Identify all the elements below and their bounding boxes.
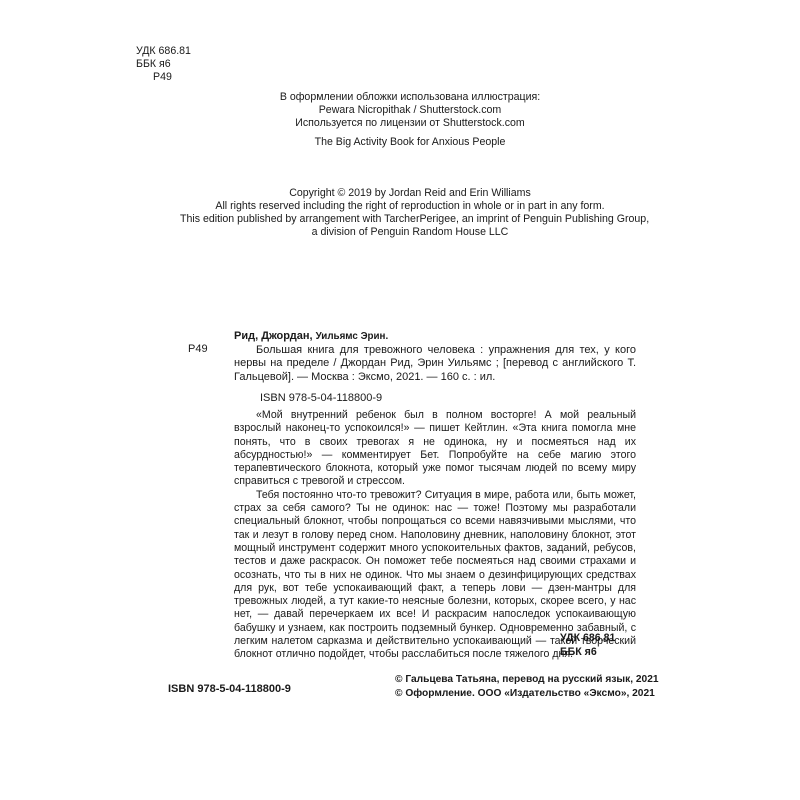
bbk-code: ББК я6 (560, 646, 636, 660)
author-mark: Р49 (136, 71, 191, 84)
copyright-line: © Оформление. ООО «Издательство «Эксмо»,… (395, 687, 635, 701)
cover-credits: В оформлении обложки использована иллюст… (180, 91, 640, 130)
author-primary: Рид, Джордан, (234, 330, 316, 342)
author-secondary: Уильямс Эрин. (316, 331, 389, 342)
annotation: «Мой внутренний ребенок был в полном вос… (234, 409, 636, 662)
catalog-authors: Рид, Джордан, Уильямс Эрин. (234, 330, 636, 344)
original-title: The Big Activity Book for Anxious People (180, 136, 640, 149)
rights-line: a division of Penguin Random House LLC (180, 226, 640, 239)
catalog-card: Рид, Джордан, Уильямс Эрин. Большая книг… (234, 330, 636, 384)
catalog-author-mark: Р49 (188, 343, 208, 357)
rights-notice: Copyright © 2019 by Jordan Reid and Erin… (180, 187, 640, 239)
rights-line: Copyright © 2019 by Jordan Reid and Erin… (180, 187, 640, 200)
udk-code: УДК 686.81 (560, 632, 636, 646)
bbk-code: ББК я6 (136, 58, 191, 71)
footer-copyrights: © Гальцева Татьяна, перевод на русский я… (395, 673, 635, 701)
copyright-line: © Гальцева Татьяна, перевод на русский я… (395, 673, 635, 687)
cover-credit-line: Используется по лицензии от Shutterstock… (180, 117, 640, 130)
annotation-paragraph: «Мой внутренний ребенок был в полном вос… (234, 409, 636, 489)
footer-isbn: ISBN 978-5-04-118800-9 (168, 683, 291, 695)
rights-line: This edition published by arrangement wi… (180, 213, 640, 226)
catalog-isbn: ISBN 978-5-04-118800-9 (260, 392, 382, 406)
annotation-classification: УДК 686.81 ББК я6 (560, 632, 636, 659)
cover-credit-line: В оформлении обложки использована иллюст… (180, 91, 640, 104)
cover-credit-line: Pewara Nicropithak / Shutterstock.com (180, 104, 640, 117)
classification-block: УДК 686.81 ББК я6 Р49 (136, 45, 191, 84)
udk-code: УДК 686.81 (136, 45, 191, 58)
catalog-title-entry: Большая книга для тревожного человека : … (234, 344, 636, 385)
rights-line: All rights reserved including the right … (180, 200, 640, 213)
